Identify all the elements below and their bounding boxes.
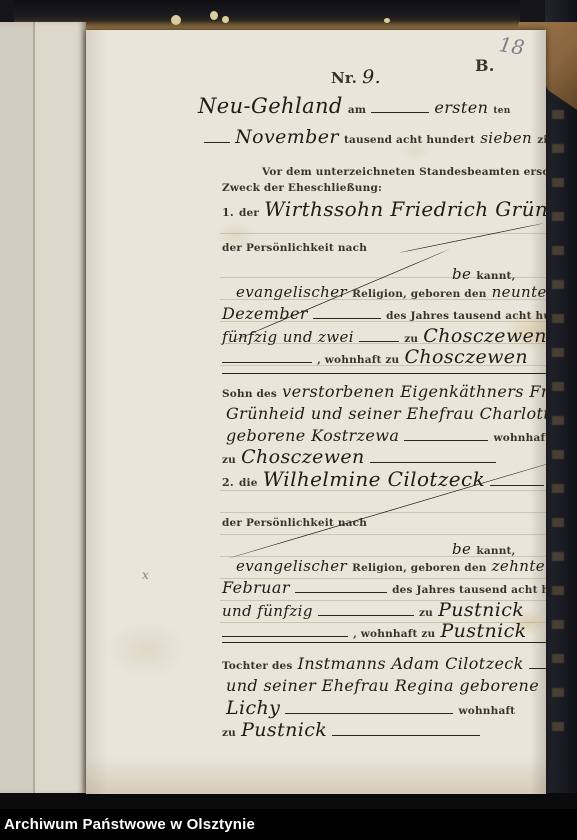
groom-birth-day: neunten bbox=[492, 283, 546, 301]
record-number-line: Nr. 9. bbox=[331, 66, 381, 88]
bride-birth-month: Februar bbox=[222, 578, 290, 597]
cover-wear-streaks bbox=[552, 110, 564, 750]
religion-printed: Religion, geboren den bbox=[352, 562, 486, 574]
blank-line bbox=[222, 360, 312, 363]
blank-line bbox=[285, 711, 453, 714]
groom-parents-residence-line: zu Chosczewen bbox=[222, 446, 496, 468]
known-printed: kannt, bbox=[476, 270, 515, 282]
binding-wear-spot bbox=[384, 18, 390, 23]
groom-identity-printed: der Persönlichkeit nach bbox=[222, 242, 367, 254]
groom-birth-year: fünfzig und zwei bbox=[222, 328, 354, 346]
bride-religion: evangelischer bbox=[236, 557, 347, 575]
date-month: November bbox=[235, 126, 339, 148]
blank-line bbox=[318, 613, 414, 616]
groom-parents-line-3: geborene Kostrzewa wohnhaft bbox=[226, 426, 546, 445]
groom-index: 1. bbox=[222, 206, 234, 219]
religion-printed: Religion, geboren den bbox=[352, 288, 486, 300]
groom-parents-text-1: verstorbenen Eigenkäthners Friedrich bbox=[282, 382, 546, 401]
previous-page-edge bbox=[0, 22, 86, 794]
groom-birth-place: Chosczewen bbox=[423, 325, 546, 347]
year-of-printed: des Jahres tausend acht hundert bbox=[392, 584, 546, 596]
blank-line bbox=[490, 483, 544, 486]
sohn-des-printed: Sohn des bbox=[222, 388, 277, 400]
groom-birth-month: Dezember bbox=[222, 304, 308, 323]
tochter-des-printed: Tochter des bbox=[222, 660, 293, 672]
binding-wear-spot bbox=[171, 15, 181, 25]
blank-line bbox=[204, 140, 230, 143]
groom-religion-line: evangelischer Religion, geboren den neun… bbox=[236, 282, 546, 301]
intro-line-1: Vor dem unterzeichneten Standesbeamten e… bbox=[262, 166, 546, 178]
archive-name: Archiwum Państwowe w Olsztynie bbox=[0, 816, 255, 833]
printed-der: der bbox=[239, 207, 259, 219]
wohnhaft-printed: , wohnhaft zu bbox=[353, 628, 435, 640]
bride-birth-year: und fünfzig bbox=[222, 602, 313, 620]
date-line-1: Neu-Gehland am ersten ten bbox=[198, 94, 510, 118]
bride-mother-maiden: Lichy bbox=[226, 697, 280, 719]
zu-printed: zu bbox=[222, 727, 236, 739]
archive-caption-bar: Archiwum Państwowe w Olsztynie bbox=[0, 809, 577, 840]
bride-parents-text-1: Instmanns Adam Cilotzeck bbox=[298, 654, 524, 673]
date-line-2: November tausend acht hundert sieben zig… bbox=[204, 126, 546, 148]
bride-parents-line-1: Tochter des Instmanns Adam Cilotzeck bbox=[222, 654, 546, 673]
form-letter: B. bbox=[475, 56, 495, 75]
bride-parents-residence: Pustnick bbox=[241, 719, 327, 741]
form-rule-line bbox=[220, 534, 546, 535]
groom-parents-residence: Chosczewen bbox=[241, 446, 365, 468]
bride-parents-line-3: Lichy wohnhaft bbox=[226, 697, 515, 719]
groom-parents-text-2: Grünheid und seiner Ehefrau Charlotte bbox=[226, 404, 546, 423]
bride-birth-day: zehnten bbox=[492, 557, 546, 575]
section-divider bbox=[222, 373, 546, 374]
pencil-folio-number: 18 bbox=[497, 32, 526, 60]
bride-residence-line: , wohnhaft zu Pustnick bbox=[222, 620, 527, 642]
blank-line bbox=[371, 110, 429, 113]
date-year-decade: sieben bbox=[480, 129, 532, 147]
bride-birth-month-line: Februar des Jahres tausend acht hundert bbox=[222, 578, 546, 597]
wohnhaft-word: wohnhaft bbox=[494, 432, 546, 444]
groom-known-line: be kannt, bbox=[452, 264, 515, 283]
groom-parents-line-1: Sohn des verstorbenen Eigenkäthners Frie… bbox=[222, 382, 546, 401]
groom-residence-line: , wohnhaft zu Chosczewen bbox=[222, 346, 528, 368]
record-number-label: Nr. bbox=[331, 69, 357, 87]
printed-am: am bbox=[348, 104, 366, 116]
bride-birth-year-line: und fünfzig zu Pustnick bbox=[222, 599, 524, 621]
groom-religion: evangelischer bbox=[236, 283, 347, 301]
bride-parents-text-2: und seiner Ehefrau Regina geborene bbox=[226, 676, 539, 695]
bride-residence: Pustnick bbox=[440, 620, 526, 642]
bride-religion-line: evangelischer Religion, geboren den zehn… bbox=[236, 556, 546, 575]
zu-printed: zu bbox=[404, 333, 418, 345]
printed-zig-und: zig und bbox=[537, 134, 546, 146]
blank-line bbox=[370, 460, 496, 463]
record-number-value: 9. bbox=[362, 66, 381, 88]
bride-parents-residence-line: zu Pustnick bbox=[222, 719, 480, 741]
record-place: Neu-Gehland bbox=[198, 94, 343, 118]
pen-flourish bbox=[400, 223, 543, 253]
book-binding-top bbox=[14, 0, 520, 33]
blank-line bbox=[332, 733, 480, 736]
blank-line bbox=[222, 634, 348, 637]
blank-line bbox=[404, 438, 488, 441]
wohnhaft-word: wohnhaft bbox=[459, 705, 516, 717]
scanned-registry-page: 18 B. Nr. 9. Neu-Gehland am ersten ten N… bbox=[0, 0, 577, 840]
known-hand: be bbox=[452, 265, 471, 283]
groom-birth-year-line: fünfzig und zwei zu Chosczewen bbox=[222, 325, 546, 347]
binding-wear-spot bbox=[210, 11, 218, 20]
bride-name: Wilhelmine Cilotzeck bbox=[263, 467, 485, 491]
printed-day-suffix: ten bbox=[493, 106, 510, 116]
registry-form-sheet: 18 B. Nr. 9. Neu-Gehland am ersten ten N… bbox=[86, 30, 546, 794]
year-of-printed: des Jahres tausend acht hundert bbox=[386, 310, 546, 322]
blank-line bbox=[295, 590, 387, 593]
wohnhaft-printed: , wohnhaft zu bbox=[317, 354, 399, 366]
bride-index: 2. bbox=[222, 476, 234, 489]
date-day: ersten bbox=[434, 98, 488, 117]
bride-birth-place: Pustnick bbox=[438, 599, 524, 621]
printed-die: die bbox=[239, 477, 258, 489]
zu-printed: zu bbox=[419, 607, 433, 619]
pencil-margin-mark: x bbox=[142, 568, 149, 582]
groom-residence: Chosczewen bbox=[404, 346, 528, 368]
printed-year-words: tausend acht hundert bbox=[344, 134, 475, 146]
blank-line bbox=[529, 666, 546, 669]
groom-birth-month-line: Dezember des Jahres tausend acht hundert bbox=[222, 304, 546, 323]
groom-mother-maiden: geborene Kostrzewa bbox=[226, 426, 399, 445]
groom-name-line: 1. der Wirthssohn Friedrich Grünheid bbox=[222, 197, 546, 221]
zu-printed: zu bbox=[222, 454, 236, 466]
binding-wear-spot bbox=[222, 16, 229, 23]
blank-line bbox=[359, 339, 399, 342]
blank-line bbox=[313, 316, 381, 319]
groom-name: Wirthssohn Friedrich Grünheid bbox=[264, 197, 546, 221]
section-divider bbox=[222, 642, 546, 643]
intro-line-2: Zweck der Eheschließung: bbox=[222, 182, 382, 194]
